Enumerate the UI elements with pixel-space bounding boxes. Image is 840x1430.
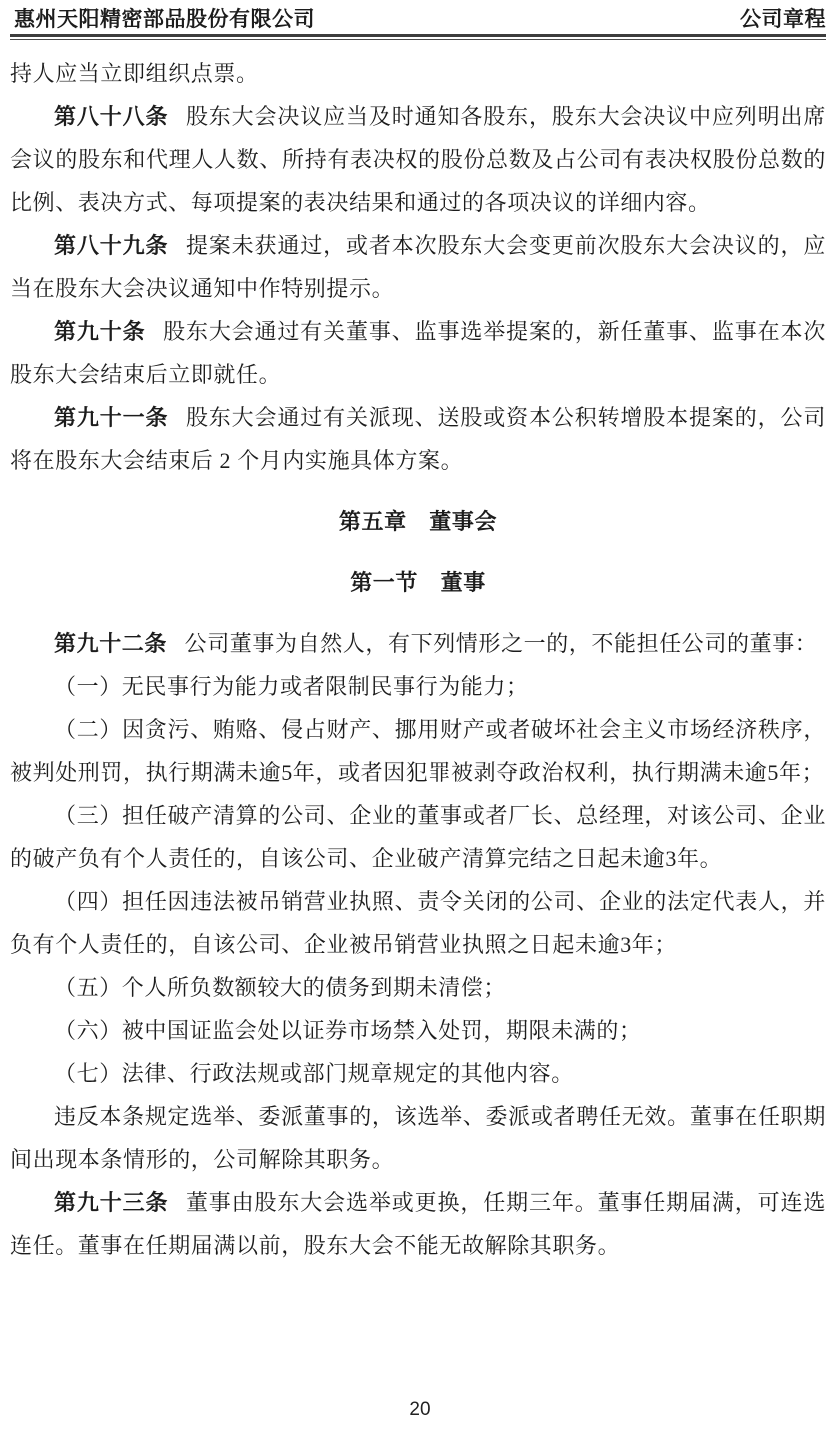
paragraph-continuation: 持人应当立即组织点票。 bbox=[10, 52, 826, 95]
document-page: 惠州天阳精密部品股份有限公司 公司章程 持人应当立即组织点票。 第八十八条股东大… bbox=[0, 0, 840, 1430]
chapter-heading: 第五章 董事会 bbox=[10, 500, 826, 543]
article-paragraph-91: 第九十一条股东大会通过有关派现、送股或资本公积转增股本提案的，公司将在股东大会结… bbox=[10, 396, 826, 482]
article-paragraph-93: 第九十三条董事由股东大会选举或更换，任期三年。董事任期届满，可连选连任。董事在任… bbox=[10, 1181, 826, 1267]
header-company-name: 惠州天阳精密部品股份有限公司 bbox=[14, 7, 315, 32]
article-paragraph-90: 第九十条股东大会通过有关董事、监事选举提案的，新任董事、监事在本次股东大会结束后… bbox=[10, 310, 826, 396]
list-item-7: （七）法律、行政法规或部门规章规定的其他内容。 bbox=[10, 1052, 826, 1095]
document-body: 持人应当立即组织点票。 第八十八条股东大会决议应当及时通知各股东，股东大会决议中… bbox=[0, 40, 840, 1267]
article-paragraph-88: 第八十八条股东大会决议应当及时通知各股东，股东大会决议中应列明出席会议的股东和代… bbox=[10, 95, 826, 224]
list-item-3: （三）担任破产清算的公司、企业的董事或者厂长、总经理，对该公司、企业的破产负有个… bbox=[10, 794, 826, 880]
list-item-5: （五）个人所负数额较大的债务到期未清偿； bbox=[10, 966, 826, 1009]
list-item-1: （一）无民事行为能力或者限制民事行为能力； bbox=[10, 665, 826, 708]
article-label: 第九十二条 bbox=[54, 631, 167, 656]
list-item-4: （四）担任因违法被吊销营业执照、责令关闭的公司、企业的法定代表人，并负有个人责任… bbox=[10, 880, 826, 966]
article-label: 第九十一条 bbox=[54, 405, 168, 430]
article-label: 第九十条 bbox=[54, 319, 145, 344]
list-item-6: （六）被中国证监会处以证券市场禁入处罚，期限未满的； bbox=[10, 1009, 826, 1052]
article-label: 第九十三条 bbox=[54, 1190, 168, 1215]
page-header: 惠州天阳精密部品股份有限公司 公司章程 bbox=[0, 0, 840, 32]
article-label: 第八十八条 bbox=[54, 104, 168, 129]
list-item-2: （二）因贪污、贿赂、侵占财产、挪用财产或者破坏社会主义市场经济秩序，被判处刑罚，… bbox=[10, 708, 826, 794]
article-paragraph-89: 第八十九条提案未获通过，或者本次股东大会变更前次股东大会决议的，应当在股东大会决… bbox=[10, 224, 826, 310]
page-number: 20 bbox=[0, 1398, 840, 1422]
paragraph-plain: 违反本条规定选举、委派董事的，该选举、委派或者聘任无效。董事在任职期间出现本条情… bbox=[10, 1095, 826, 1181]
section-heading: 第一节 董事 bbox=[10, 561, 826, 604]
header-doc-title: 公司章程 bbox=[740, 7, 826, 32]
article-label: 第八十九条 bbox=[54, 233, 168, 258]
article-text: 公司董事为自然人，有下列情形之一的，不能担任公司的董事： bbox=[185, 631, 818, 656]
article-paragraph-92: 第九十二条公司董事为自然人，有下列情形之一的，不能担任公司的董事： bbox=[10, 622, 826, 665]
